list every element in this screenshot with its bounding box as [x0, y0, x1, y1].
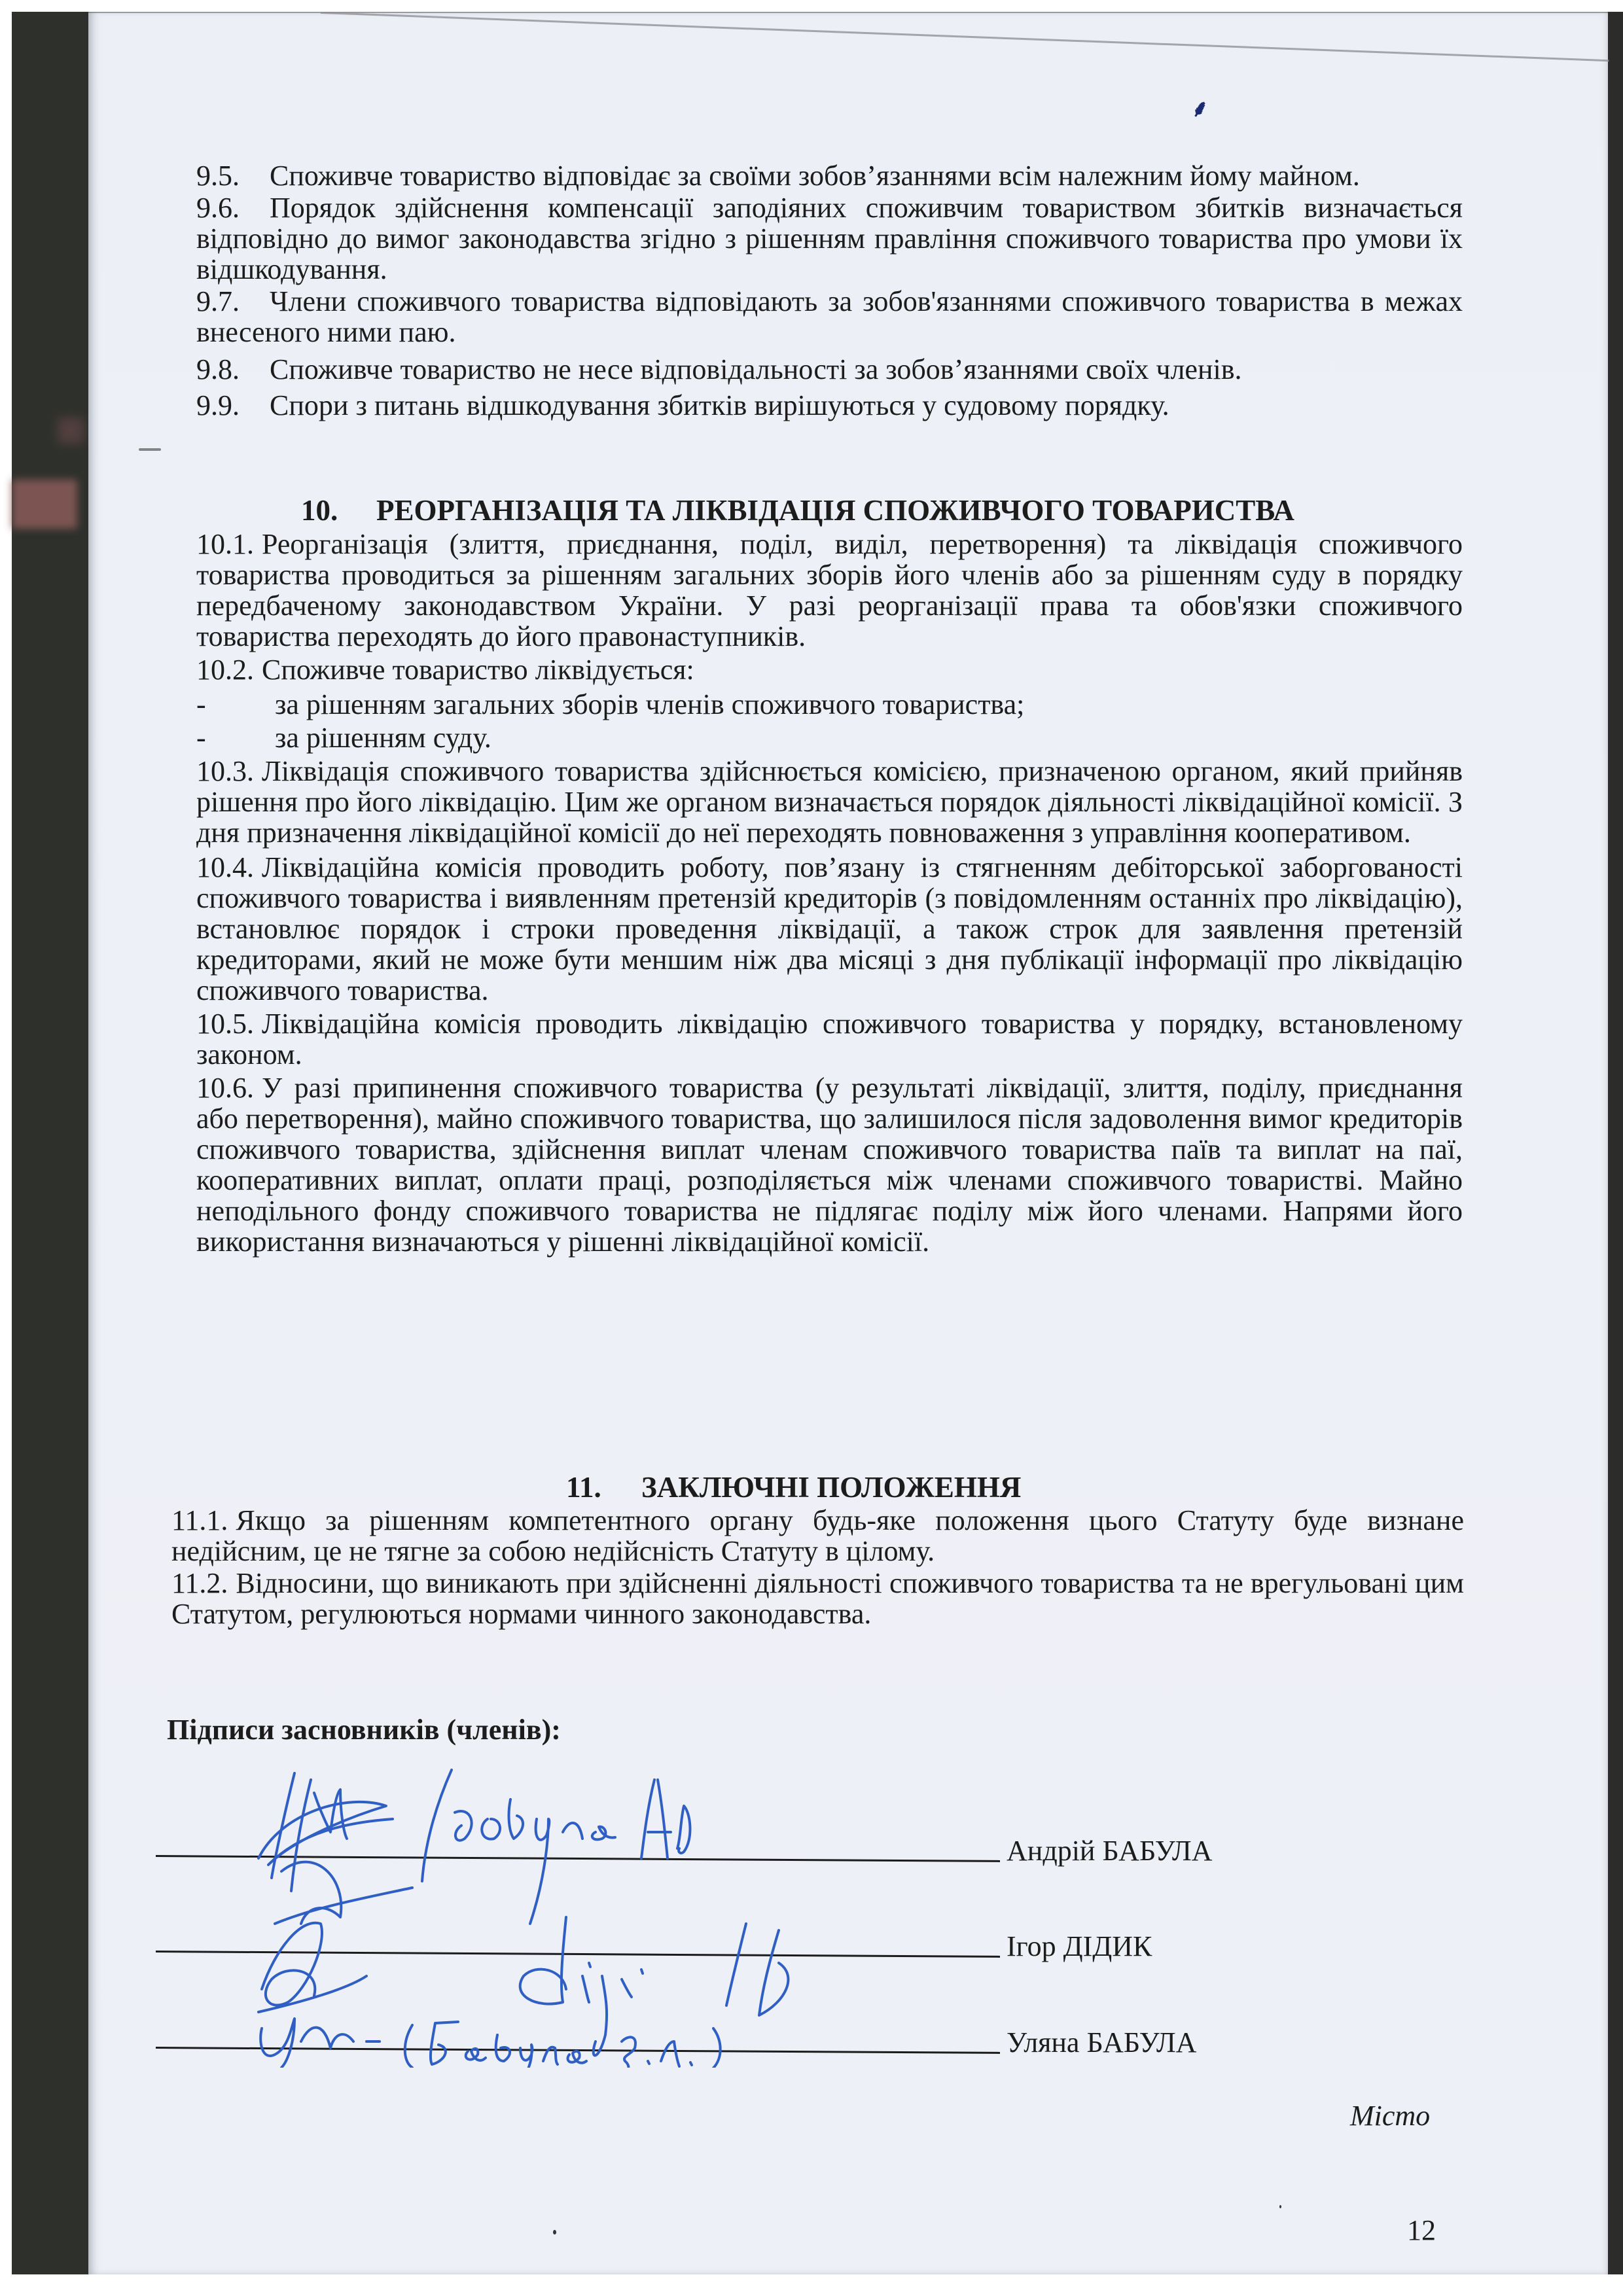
clause-10-5: 10.5.Ліквідаційна комісія проводить лікв…: [196, 1008, 1463, 1070]
ink-mark: ⸙: [1191, 92, 1209, 124]
signatory-name: Уляна БАБУЛА: [1007, 2026, 1196, 2059]
scanner-border-left: [12, 12, 96, 2274]
bullet-general-meeting: -за рішенням загальних зборів членів спо…: [196, 689, 1463, 720]
page-number: 12: [1407, 2214, 1436, 2247]
section-11-items: 11.1.Якщо за рішенням компетентного орга…: [171, 1505, 1464, 1629]
page-top-edge: [88, 12, 1608, 13]
section-9-items: 9.5.Споживче товариство відповідає за св…: [196, 160, 1463, 421]
margin-mark: [139, 448, 161, 451]
clause-10-2: 10.2.Споживче товариство ліквідується:: [196, 654, 1463, 685]
clause-11-1: 11.1.Якщо за рішенням компетентного орга…: [171, 1505, 1464, 1566]
bullet-court: -за рішенням суду.: [196, 722, 1463, 753]
finger-shadow: [12, 480, 77, 529]
clause-9-5: 9.5.Споживче товариство відповідає за св…: [196, 160, 1463, 191]
signature-row-uliana: Уляна БАБУЛА: [156, 1999, 1268, 2051]
section-10-heading: 10.РЕОРГАНІЗАЦІЯ ТА ЛІКВІДАЦІЯ СПОЖИВЧОГ…: [301, 494, 1294, 527]
clause-10-6: 10.6.У разі припинення споживчого товари…: [196, 1072, 1463, 1257]
scan-speck: [553, 2230, 556, 2234]
clause-10-1: 10.1.Реорганізація (злиття, приєднання, …: [196, 529, 1463, 652]
signatory-name: Андрій БАБУЛА: [1007, 1834, 1212, 1867]
signatures-title: Підписи засновників (членів):: [167, 1713, 561, 1746]
section-10-items: 10.1.Реорганізація (злиття, приєднання, …: [196, 529, 1463, 1257]
signature-row-andrii: Андрій БАБУЛА: [156, 1807, 1268, 1860]
clause-9-6: 9.6.Порядок здійснення компенсації запод…: [196, 192, 1463, 285]
signatory-name: Ігор ДІДИК: [1007, 1930, 1152, 1963]
clause-9-8: 9.8.Споживче товариство не несе відповід…: [196, 354, 1463, 385]
clause-10-4: 10.4.Ліквідаційна комісія проводить робо…: [196, 852, 1463, 1006]
scan-speck: [1279, 2205, 1281, 2208]
city-label: Місто: [1350, 2099, 1430, 2132]
clause-10-3: 10.3.Ліквідація споживчого товариства зд…: [196, 756, 1463, 848]
clause-11-2: 11.2.Відносини, що виникають при здійсне…: [171, 1568, 1464, 1629]
finger-shadow-2: [58, 417, 84, 444]
clause-9-9: 9.9.Спори з питань відшкодування збитків…: [196, 390, 1463, 421]
signature-row-ihor: Ігор ДІДИК: [156, 1903, 1268, 1955]
clause-9-7: 9.7.Члени споживчого товариства відповід…: [196, 286, 1463, 347]
section-11-heading: 11.ЗАКЛЮЧНІ ПОЛОЖЕННЯ: [566, 1471, 1021, 1504]
